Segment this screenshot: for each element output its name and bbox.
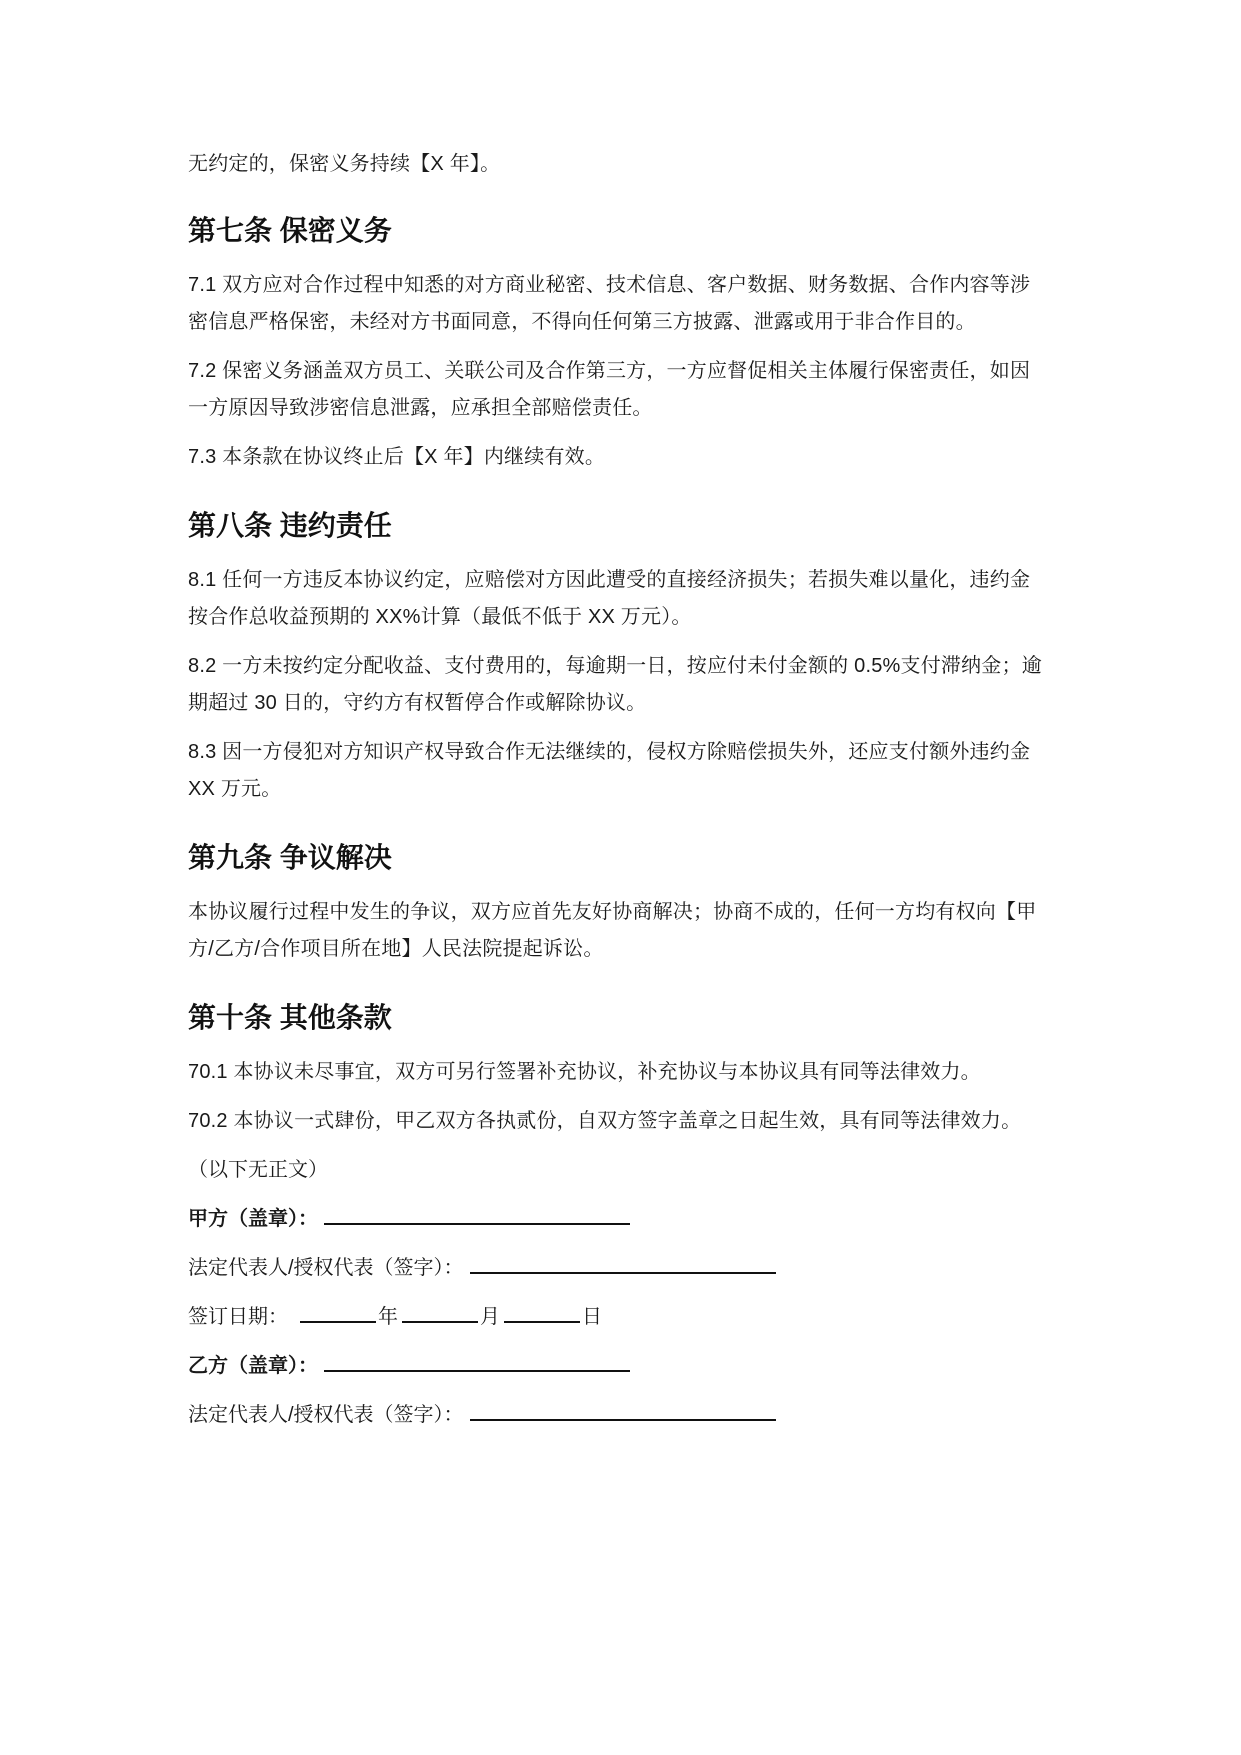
party-b-rep-label: 法定代表人/授权代表（签字）： [188,1404,464,1426]
party-a-rep-blank[interactable] [470,1250,776,1274]
clause-paragraph: 70.1 本协议未尽事宜，双方可另行签署补充协议，补充协议与本协议具有同等法律效… [188,1054,1050,1091]
clause-paragraph: 70.2 本协议一式肆份，甲乙双方各执贰份，自双方签字盖章之日起生效，具有同等法… [188,1103,1050,1140]
party-b-seal-line: 乙方（盖章）： [188,1348,1050,1385]
clause-paragraph: 本协议履行过程中发生的争议，双方应首先友好协商解决；协商不成的，任何一方均有权向… [188,894,1050,968]
document-page: 无约定的，保密义务持续【X 年】。 第七条 保密义务 7.1 双方应对合作过程中… [188,146,1050,1446]
party-a-seal-label: 甲方（盖章）： [188,1208,318,1230]
section-article-8: 第八条 违约责任 8.1 任何一方违反本协议约定，应赔偿对方因此遭受的直接经济损… [188,506,1050,808]
date-month-label: 月 [480,1306,500,1328]
clause-paragraph: 8.2 一方未按约定分配收益、支付费用的，每逾期一日，按应付未付金额的 0.5%… [188,648,1050,722]
date-year-blank[interactable] [300,1299,376,1323]
section-article-9: 第九条 争议解决 本协议履行过程中发生的争议，双方应首先友好协商解决；协商不成的… [188,838,1050,968]
end-of-text-note: （以下无正文） [188,1152,1050,1189]
section-article-10: 第十条 其他条款 70.1 本协议未尽事宜，双方可另行签署补充协议，补充协议与本… [188,998,1050,1140]
party-b-rep-blank[interactable] [470,1397,776,1421]
signature-block: 甲方（盖章）： 法定代表人/授权代表（签字）： 签订日期：年月日 乙方（盖章）：… [188,1201,1050,1434]
clause-paragraph: 8.1 任何一方违反本协议约定，应赔偿对方因此遭受的直接经济损失；若损失难以量化… [188,562,1050,636]
party-a-rep-line: 法定代表人/授权代表（签字）： [188,1250,1050,1287]
clause-paragraph: 8.3 因一方侵犯对方知识产权导致合作无法继续的，侵权方除赔偿损失外，还应支付额… [188,734,1050,808]
party-b-rep-line: 法定代表人/授权代表（签字）： [188,1397,1050,1434]
section-article-7: 第七条 保密义务 7.1 双方应对合作过程中知悉的对方商业秘密、技术信息、客户数… [188,211,1050,476]
date-month-blank[interactable] [402,1299,478,1323]
party-a-rep-label: 法定代表人/授权代表（签字）： [188,1257,464,1279]
date-year-label: 年 [378,1306,398,1328]
date-day-label: 日 [582,1306,602,1328]
clause-paragraph: 7.1 双方应对合作过程中知悉的对方商业秘密、技术信息、客户数据、财务数据、合作… [188,267,1050,341]
party-a-seal-line: 甲方（盖章）： [188,1201,1050,1238]
signing-date-line: 签订日期：年月日 [188,1299,1050,1336]
clause-paragraph: 7.2 保密义务涵盖双方员工、关联公司及合作第三方，一方应督促相关主体履行保密责… [188,353,1050,427]
section-heading: 第八条 违约责任 [188,506,1050,546]
signing-date-label: 签订日期： [188,1306,288,1328]
date-day-blank[interactable] [504,1299,580,1323]
party-b-seal-blank[interactable] [324,1348,630,1372]
section-heading: 第九条 争议解决 [188,838,1050,878]
party-b-seal-label: 乙方（盖章）： [188,1355,318,1377]
intro-paragraph: 无约定的，保密义务持续【X 年】。 [188,146,1050,183]
clause-paragraph: 7.3 本条款在协议终止后【X 年】内继续有效。 [188,439,1050,476]
party-a-seal-blank[interactable] [324,1201,630,1225]
section-heading: 第十条 其他条款 [188,998,1050,1038]
section-heading: 第七条 保密义务 [188,211,1050,251]
